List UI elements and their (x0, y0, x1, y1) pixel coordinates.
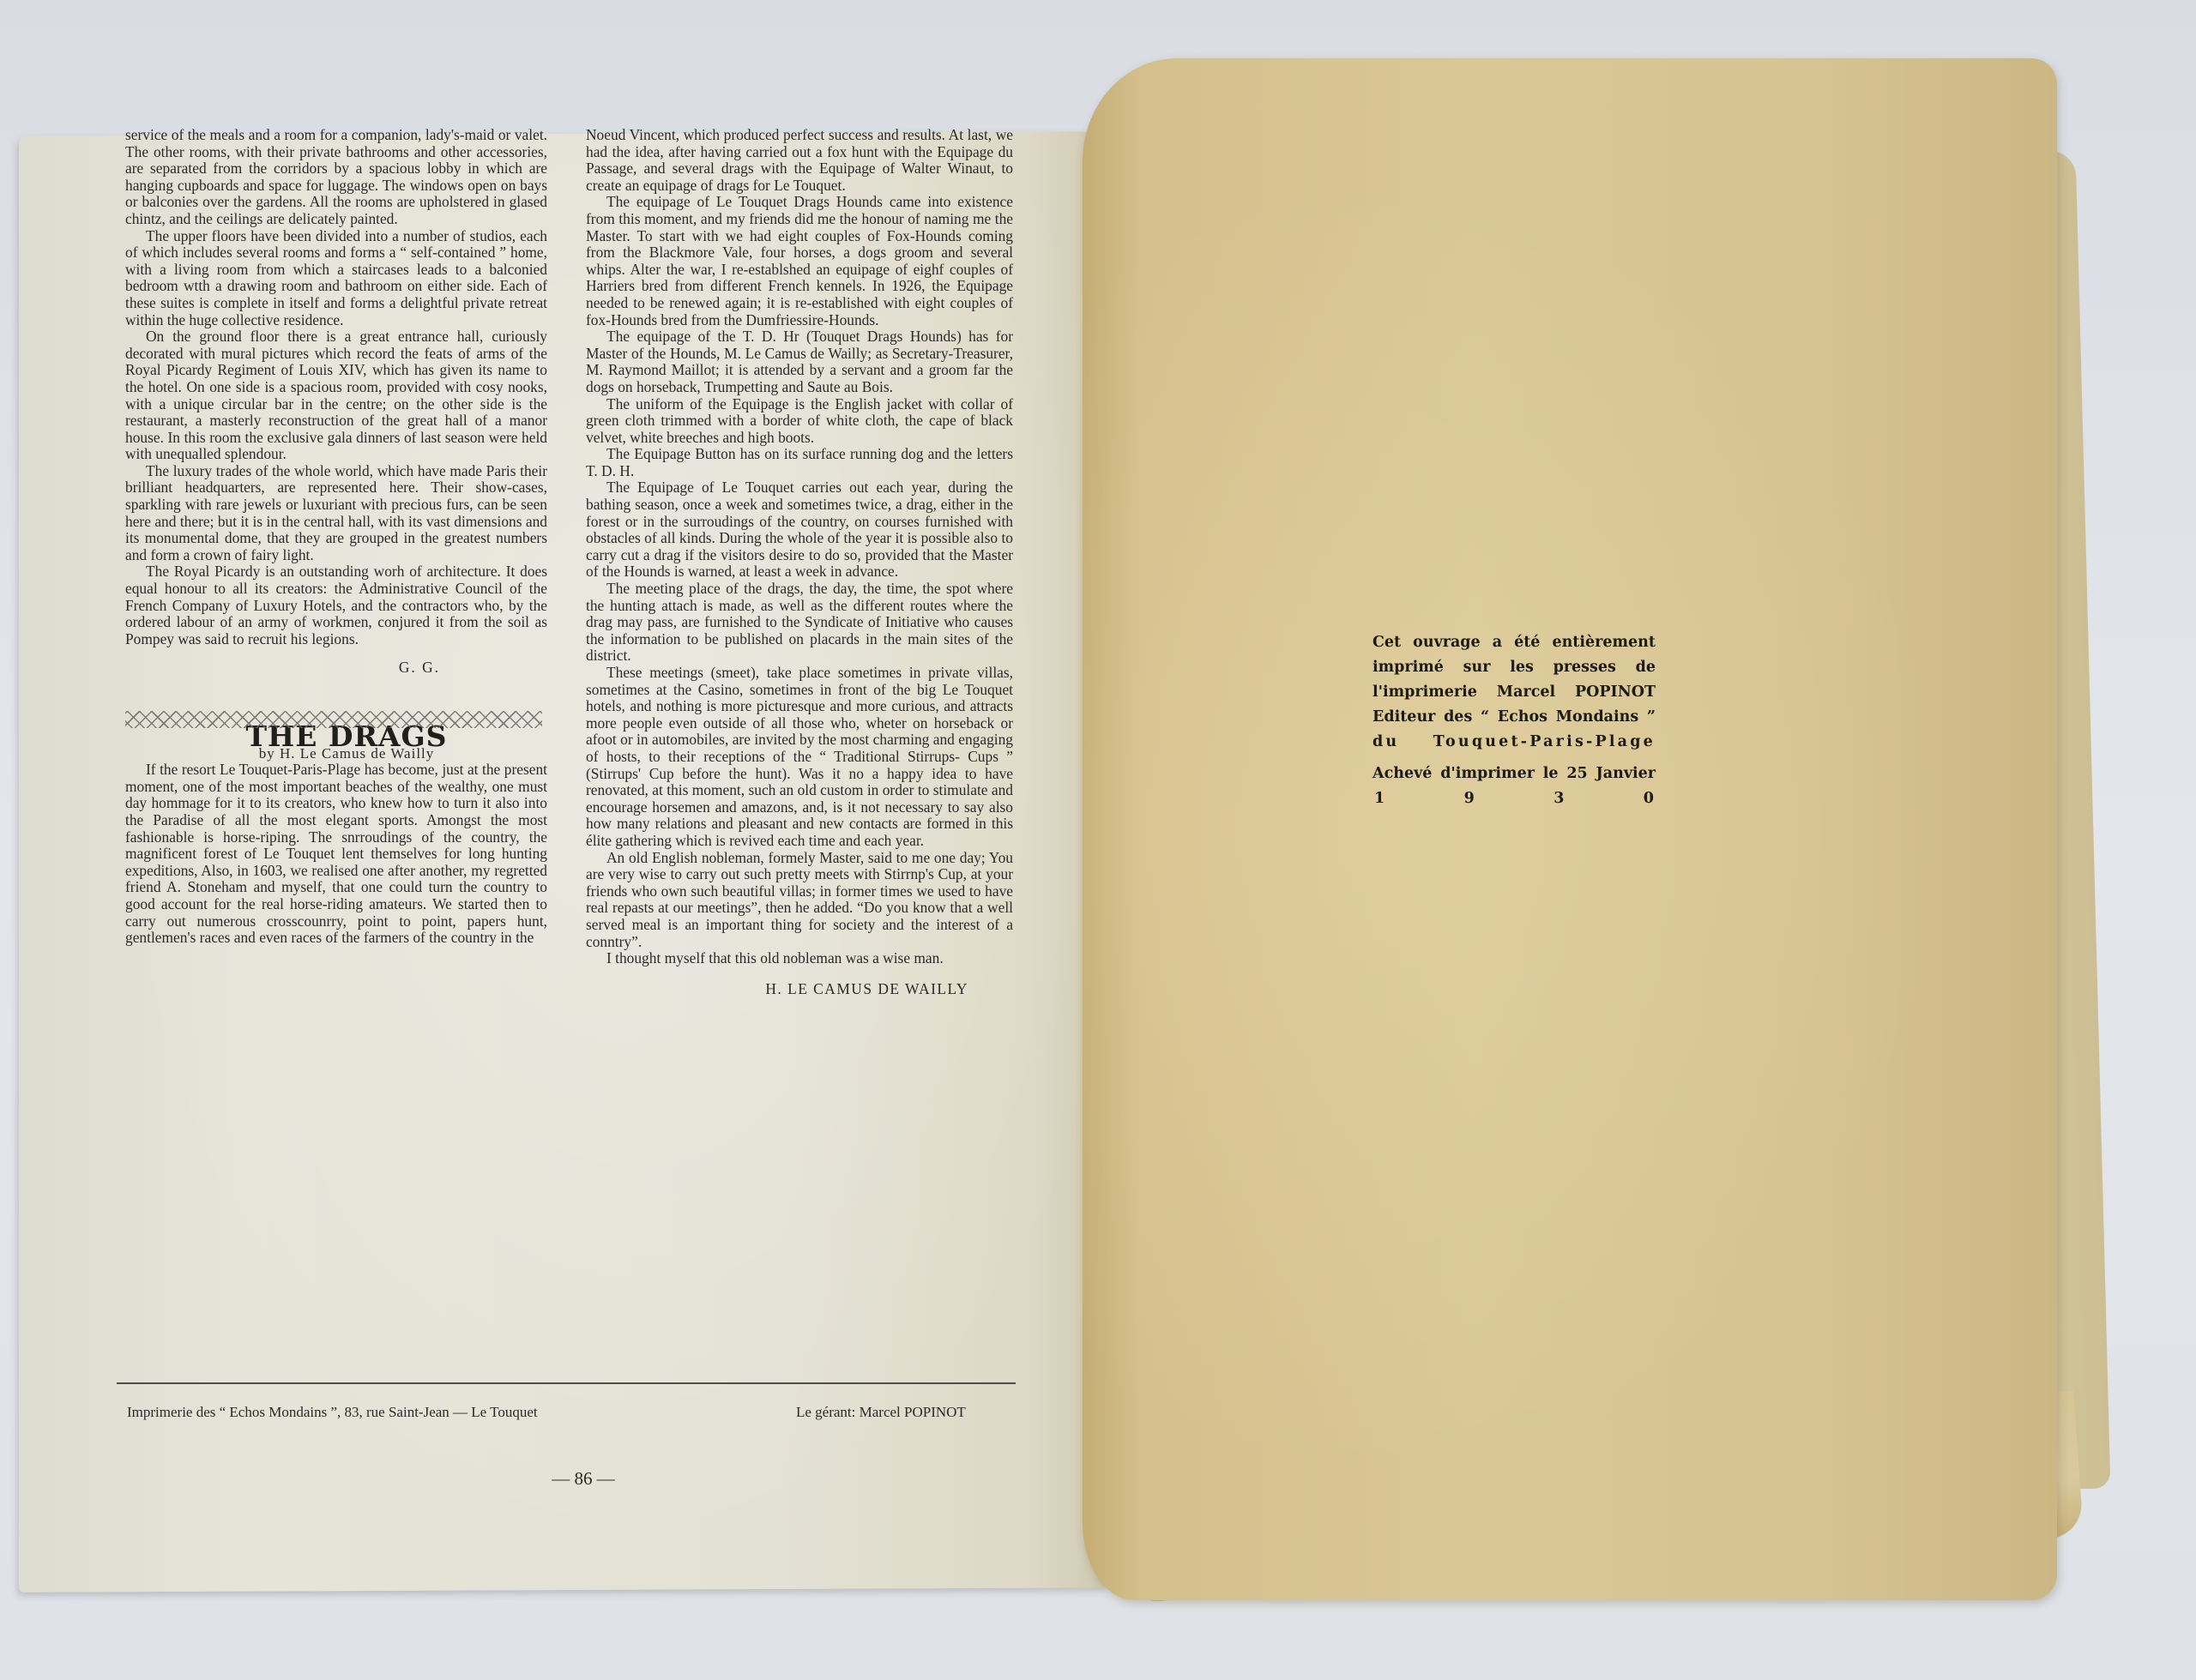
colophon-completion-date: Achevé d'imprimer le 25 Janvier (1372, 762, 1656, 786)
colophon-line: imprimé sur les presses de (1372, 655, 1656, 680)
paragraph: service of the meals and a room for a co… (125, 127, 547, 228)
right-column: Noeud Vincent, which produced perfect su… (586, 127, 1013, 997)
colophon-line: Cet ouvrage a été entièrement (1372, 630, 1656, 655)
paragraph: The equipage of Le Touquet Drags Hounds … (586, 194, 1013, 328)
paragraph: The meeting place of the drags, the day,… (586, 581, 1013, 665)
year-digit: 3 (1553, 786, 1564, 811)
paragraph: The uniform of the Equipage is the Engli… (586, 396, 1013, 447)
imprint-printer: Imprimerie des “ Echos Mondains ”, 83, r… (127, 1404, 538, 1421)
paragraph: The equipage of the T. D. Hr (Touquet Dr… (586, 328, 1013, 395)
paragraph: The luxury trades of the whole world, wh… (125, 463, 547, 564)
paragraph: Noeud Vincent, which produced perfect su… (586, 127, 1013, 194)
article-byline: by H. Le Camus de Wailly (125, 745, 547, 762)
page-number: — 86 — (532, 1468, 635, 1490)
year-digit: 1 (1374, 786, 1385, 811)
paragraph: The upper floors have been divided into … (125, 228, 547, 329)
right-page-turning-leaf[interactable] (1083, 58, 2057, 1600)
paragraph: These meetings (smeet), take place somet… (586, 665, 1013, 850)
colophon: Cet ouvrage a été entièrement imprimé su… (1372, 630, 1656, 811)
ornament-divider (125, 711, 542, 728)
paragraph: The Royal Picardy is an outstanding worh… (125, 563, 547, 647)
left-column: service of the meals and a room for a co… (125, 127, 547, 947)
paragraph: On the ground floor there is a great ent… (125, 328, 547, 463)
footer-rule (117, 1382, 1016, 1384)
signature-author: H. LE CAMUS DE WAILLY (586, 981, 1013, 998)
colophon-line: du Touquet-Paris-Plage (1372, 730, 1656, 755)
paragraph: An old English nobleman, formely Master,… (586, 850, 1013, 951)
colophon-year: 1 9 3 0 (1372, 786, 1656, 811)
imprint-manager: Le gérant: Marcel POPINOT (796, 1404, 966, 1421)
year-digit: 9 (1464, 786, 1475, 811)
article-title: THE DRAGS (125, 728, 547, 745)
signature-gg: G. G. (125, 659, 547, 677)
paragraph: The Equipage Button has on its surface r… (586, 446, 1013, 479)
year-digit: 0 (1644, 786, 1654, 811)
paragraph: If the resort Le Touquet-Paris-Plage has… (125, 762, 547, 947)
paragraph: The Equipage of Le Touquet carries out e… (586, 479, 1013, 581)
colophon-line: l'imprimerie Marcel POPINOT (1372, 680, 1656, 705)
paragraph: I thought myself that this old nobleman … (586, 950, 1013, 967)
colophon-line: Editeur des “ Echos Mondains ” (1372, 705, 1656, 730)
